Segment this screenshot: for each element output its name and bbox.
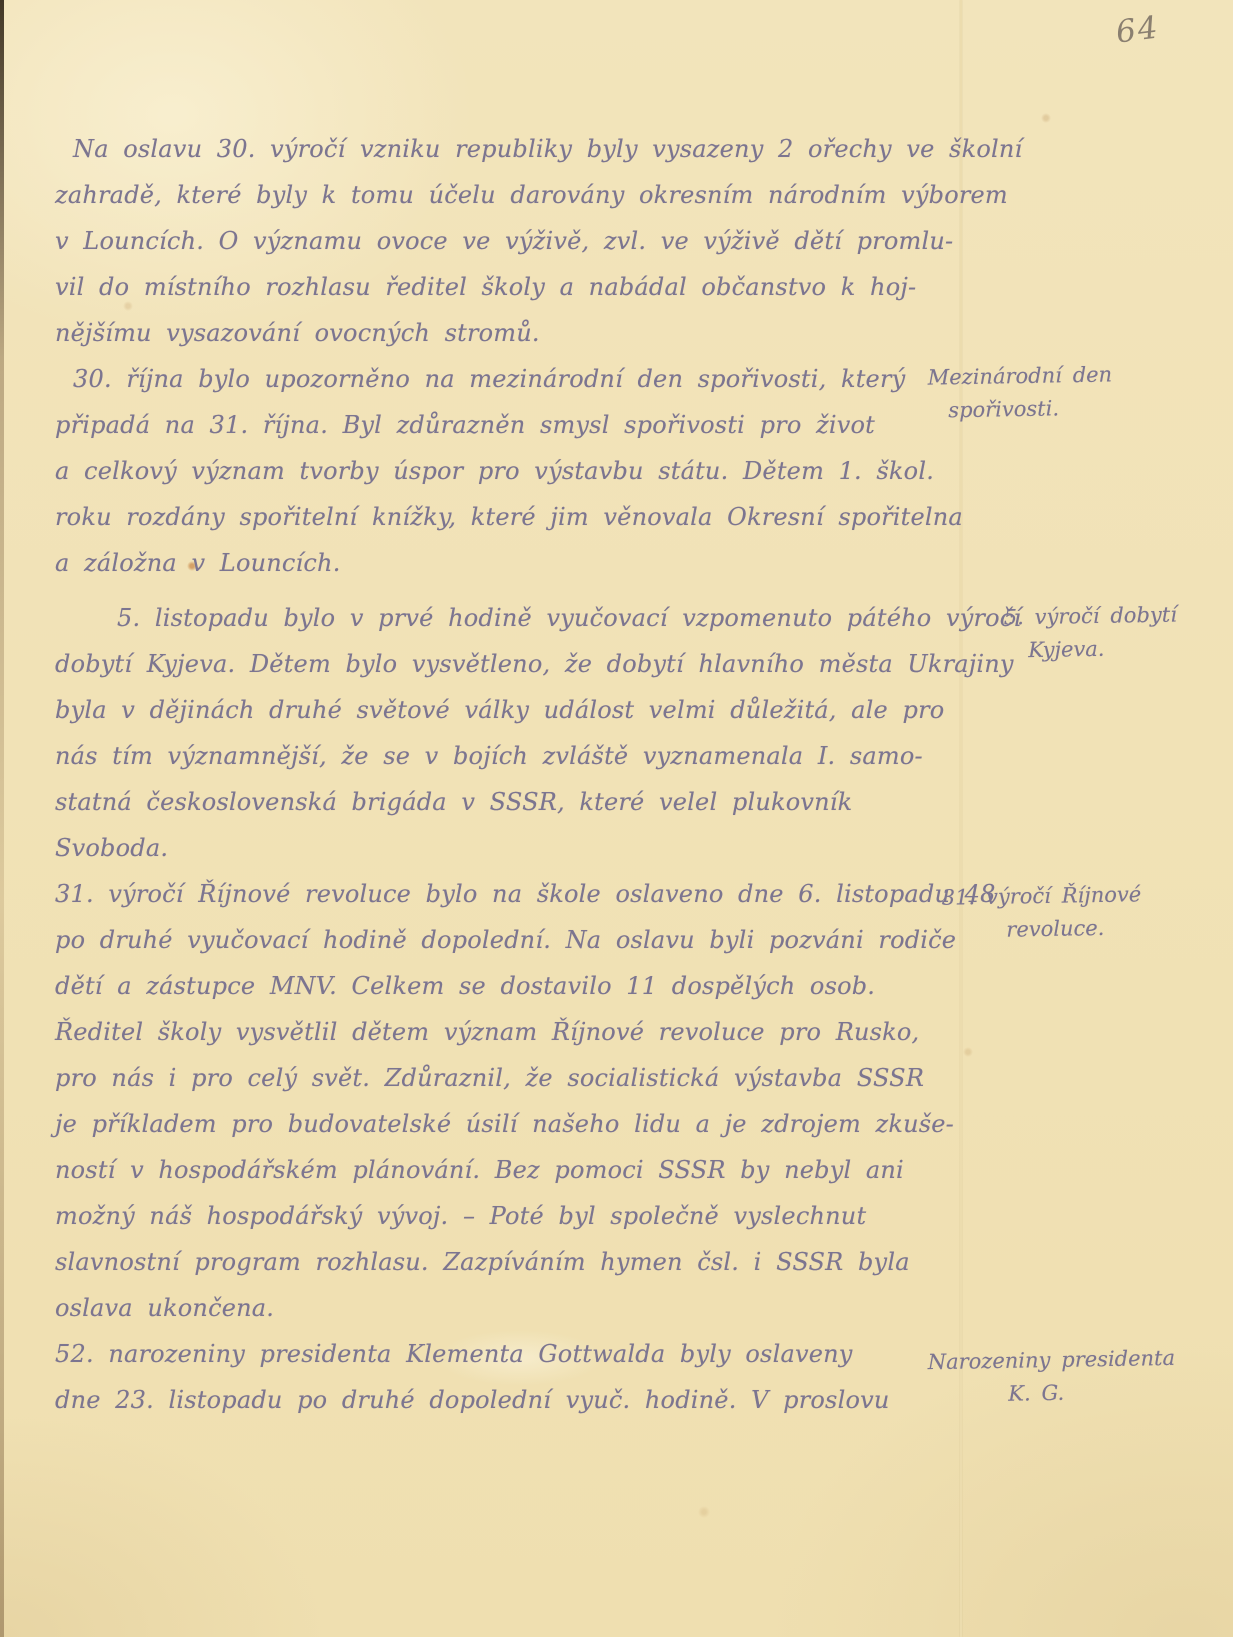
text-line: pro nás i pro celý svět. Zdůraznil, že s… xyxy=(55,1055,935,1101)
page-number: 64 xyxy=(1114,9,1162,50)
text-line: slavnostní program rozhlasu. Zazpíváním … xyxy=(55,1239,935,1285)
text-line: dne 23. listopadu po druhé dopolední vyu… xyxy=(55,1377,935,1423)
margin-note-october-revolution: 31. výročí Říjnové revoluce. xyxy=(941,878,1142,947)
handwritten-body: Na oslavu 30. výročí vzniku republiky by… xyxy=(55,126,935,1423)
text-line: Ředitel školy vysvětlil dětem význam Říj… xyxy=(55,1009,935,1055)
text-line: 5. listopadu bylo v prvé hodině vyučovac… xyxy=(55,595,935,641)
text-line: Na oslavu 30. výročí vzniku republiky by… xyxy=(55,126,935,172)
margin-note-president-birthday: Narozeniny presidenta K. G. xyxy=(927,1342,1175,1412)
text-line: je příkladem pro budovatelské úsilí naše… xyxy=(55,1101,935,1147)
margin-note-line: spořivosti. xyxy=(928,391,1113,427)
margin-note-savings-day: Mezinárodní den spořivosti. xyxy=(927,358,1113,427)
text-line: po druhé vyučovací hodině dopolední. Na … xyxy=(55,917,935,963)
text-line: vil do místního rozhlasu ředitel školy a… xyxy=(55,264,935,310)
text-line: 30. října bylo upozorněno na mezinárodní… xyxy=(55,356,935,402)
margin-note-line: K. G. xyxy=(928,1375,1176,1412)
page-left-edge-shadow xyxy=(0,0,4,1637)
text-line: oslava ukončena. xyxy=(55,1285,935,1331)
chronicle-page: 64 Na oslavu 30. výročí vzniku republiky… xyxy=(0,0,1233,1637)
text-line: a záložna v Louncích. xyxy=(55,540,935,586)
text-line: 31. výročí Říjnové revoluce bylo na škol… xyxy=(55,871,935,917)
margin-note-kyiv-anniversary: 5. výročí dobytí Kyjeva. xyxy=(1003,598,1177,667)
text-line: dobytí Kyjeva. Dětem bylo vysvětleno, že… xyxy=(55,641,935,687)
text-line: připadá na 31. října. Byl zdůrazněn smys… xyxy=(55,402,935,448)
text-line: nás tím významnější, že se v bojích zvlá… xyxy=(55,733,935,779)
text-line: v Louncích. O významu ovoce ve výživě, z… xyxy=(55,218,935,264)
text-line: a celkový význam tvorby úspor pro výstav… xyxy=(55,448,935,494)
margin-note-line: 5. výročí dobytí xyxy=(1003,598,1177,634)
text-line: dětí a zástupce MNV. Celkem se dostavilo… xyxy=(55,963,935,1009)
margin-note-line: Mezinárodní den xyxy=(927,358,1112,394)
text-line: možný náš hospodářský vývoj. – Poté byl … xyxy=(55,1193,935,1239)
margin-note-line: Narozeniny presidenta xyxy=(927,1342,1175,1379)
text-line: statná československá brigáda v SSSR, kt… xyxy=(55,779,935,825)
text-line: ností v hospodářském plánování. Bez pomo… xyxy=(55,1147,935,1193)
margin-note-line: 31. výročí Říjnové xyxy=(941,878,1141,914)
text-line: byla v dějinách druhé světové války udál… xyxy=(55,687,935,733)
text-line: roku rozdány spořitelní knížky, které ji… xyxy=(55,494,935,540)
text-line: nějšímu vysazování ovocných stromů. xyxy=(55,310,935,356)
margin-note-line: Kyjeva. xyxy=(1004,631,1178,667)
margin-note-line: revoluce. xyxy=(942,911,1142,947)
text-line: Svoboda. xyxy=(55,825,935,871)
text-line: zahradě, které byly k tomu účelu darován… xyxy=(55,172,935,218)
text-line: 52. narozeniny presidenta Klementa Gottw… xyxy=(55,1331,935,1377)
